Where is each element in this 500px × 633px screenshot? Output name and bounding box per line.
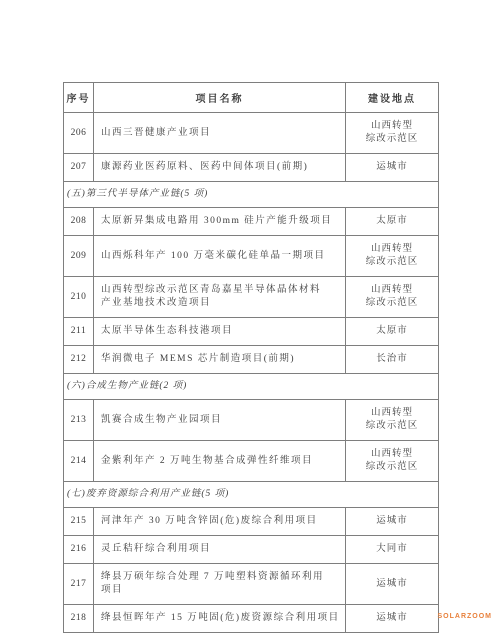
watermark-text: SOLARZOOM [438,613,493,620]
section-row: (七)废弃资源综合利用产业链(5 项) [64,482,439,508]
location-cell: 运城市 [346,605,439,633]
section-label: (六)合成生物产业链(2 项) [64,374,439,400]
table-row: 215河津年产 30 万吨含锌固(危)废综合利用项目运城市 [64,508,439,536]
table-row: 218绛县恒晖年产 15 万吨固(危)废资源综合利用项目运城市 [64,605,439,633]
location-cell: 山西转型 综改示范区 [346,236,439,277]
section-row: (六)合成生物产业链(2 项) [64,374,439,400]
project-name-cell: 太原新昇集成电路用 300mm 硅片产能升级项目 [94,208,346,236]
serial-number-cell: 212 [64,346,94,374]
location-cell: 运城市 [346,564,439,605]
serial-number-cell: 213 [64,400,94,441]
project-name-cell: 绛县万硕年综合处理 7 万吨塑料资源循环利用 项目 [94,564,346,605]
header-row: 序号 项目名称 建设地点 [64,83,439,113]
project-name-cell: 凯赛合成生物产业园项目 [94,400,346,441]
table-row: 213凯赛合成生物产业园项目山西转型 综改示范区 [64,400,439,441]
serial-number-cell: 218 [64,605,94,633]
location-cell: 运城市 [346,154,439,182]
section-row: (五)第三代半导体产业链(5 项) [64,182,439,208]
table-row: 217绛县万硕年综合处理 7 万吨塑料资源循环利用 项目运城市 [64,564,439,605]
serial-number-cell: 217 [64,564,94,605]
section-label: (七)废弃资源综合利用产业链(5 项) [64,482,439,508]
table-row: 207康源药业医药原料、医药中间体项目(前期)运城市 [64,154,439,182]
serial-number-cell: 208 [64,208,94,236]
project-name-cell: 金紫利年产 2 万吨生物基合成弹性纤维项目 [94,441,346,482]
table-row: 209山西烁科年产 100 万毫米碳化硅单晶一期项目山西转型 综改示范区 [64,236,439,277]
location-cell: 太原市 [346,208,439,236]
project-name-cell: 山西三晋健康产业项目 [94,113,346,154]
project-name-cell: 山西烁科年产 100 万毫米碳化硅单晶一期项目 [94,236,346,277]
table-row: 211太原半导体生态科技港项目太原市 [64,318,439,346]
location-cell: 山西转型 综改示范区 [346,441,439,482]
table-row: 210山西转型综改示范区青岛嘉星半导体晶体材料 产业基地技术改造项目山西转型 综… [64,277,439,318]
project-name-cell: 康源药业医药原料、医药中间体项目(前期) [94,154,346,182]
header-project-name: 项目名称 [94,83,346,113]
serial-number-cell: 215 [64,508,94,536]
project-name-cell: 山西转型综改示范区青岛嘉星半导体晶体材料 产业基地技术改造项目 [94,277,346,318]
location-cell: 山西转型 综改示范区 [346,113,439,154]
location-cell: 运城市 [346,508,439,536]
project-name-cell: 太原半导体生态科技港项目 [94,318,346,346]
serial-number-cell: 206 [64,113,94,154]
table-row: 212华润微电子 MEMS 芯片制造项目(前期)长治市 [64,346,439,374]
serial-number-cell: 210 [64,277,94,318]
location-cell: 长治市 [346,346,439,374]
table-row: 216灵丘秸秆综合利用项目大同市 [64,536,439,564]
project-table: 序号 项目名称 建设地点 206山西三晋健康产业项目山西转型 综改示范区207康… [63,82,439,633]
project-table-body: 206山西三晋健康产业项目山西转型 综改示范区207康源药业医药原料、医药中间体… [64,113,439,633]
project-name-cell: 华润微电子 MEMS 芯片制造项目(前期) [94,346,346,374]
location-cell: 大同市 [346,536,439,564]
serial-number-cell: 211 [64,318,94,346]
table-row: 214金紫利年产 2 万吨生物基合成弹性纤维项目山西转型 综改示范区 [64,441,439,482]
serial-number-cell: 207 [64,154,94,182]
document-page: 序号 项目名称 建设地点 206山西三晋健康产业项目山西转型 综改示范区207康… [0,0,500,633]
header-serial: 序号 [64,83,94,113]
location-cell: 太原市 [346,318,439,346]
serial-number-cell: 216 [64,536,94,564]
serial-number-cell: 214 [64,441,94,482]
table-row: 206山西三晋健康产业项目山西转型 综改示范区 [64,113,439,154]
location-cell: 山西转型 综改示范区 [346,277,439,318]
serial-number-cell: 209 [64,236,94,277]
project-name-cell: 河津年产 30 万吨含锌固(危)废综合利用项目 [94,508,346,536]
project-name-cell: 绛县恒晖年产 15 万吨固(危)废资源综合利用项目 [94,605,346,633]
table-row: 208太原新昇集成电路用 300mm 硅片产能升级项目太原市 [64,208,439,236]
location-cell: 山西转型 综改示范区 [346,400,439,441]
header-location: 建设地点 [346,83,439,113]
project-table-header: 序号 项目名称 建设地点 [64,83,439,113]
project-name-cell: 灵丘秸秆综合利用项目 [94,536,346,564]
section-label: (五)第三代半导体产业链(5 项) [64,182,439,208]
